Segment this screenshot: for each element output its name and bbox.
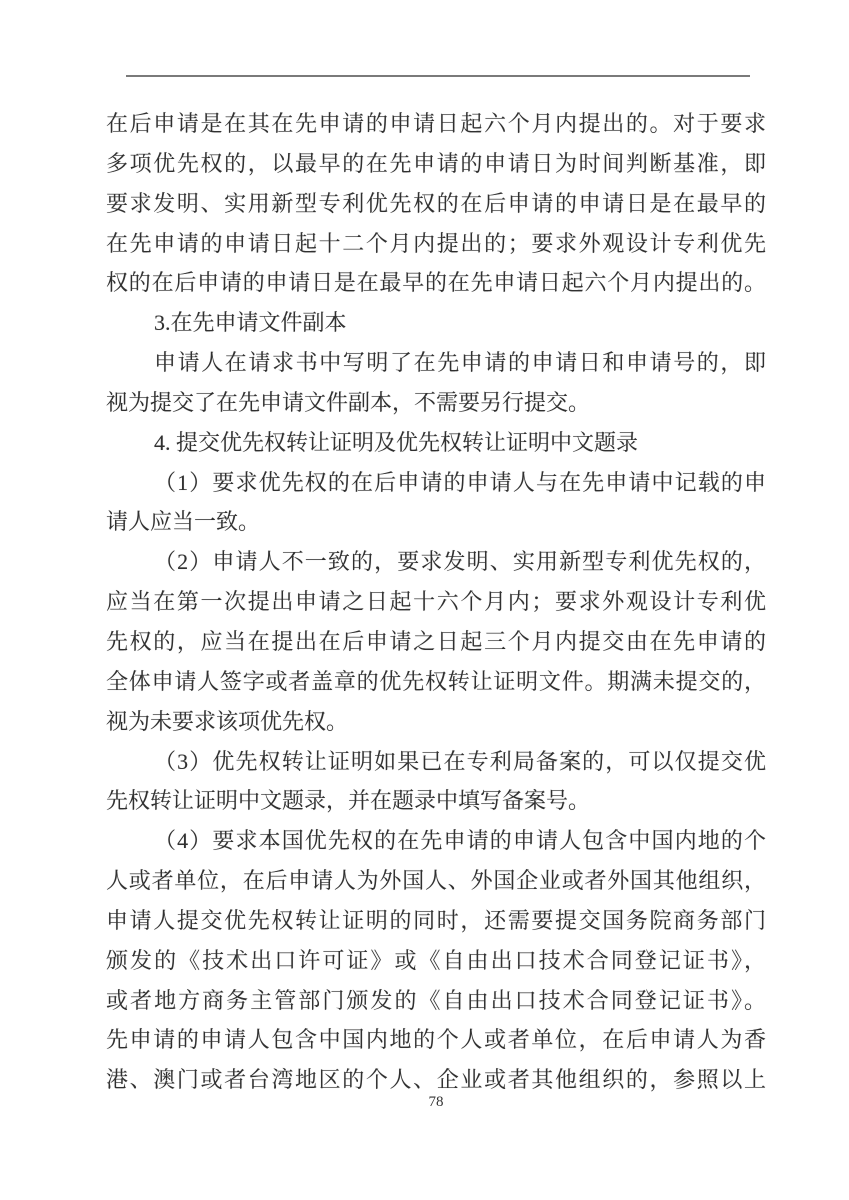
- page-number: 78: [106, 1092, 766, 1112]
- section-heading-line: 4. 提交优先权转让证明及优先权转让证明中文题录: [106, 423, 766, 463]
- section-heading-line: 3.在先申请文件副本: [106, 303, 766, 343]
- text-line: 应当在第一次提出申请之日起十六个月内；要求外观设计专利优: [106, 582, 766, 622]
- text-line: 全体申请人签字或者盖章的优先权转让证明文件。期满未提交的，: [106, 662, 766, 702]
- document-page: 在后申请是在其在先申请的申请日起六个月内提出的。对于要求 多项优先权的，以最早的…: [0, 0, 849, 1200]
- text-line: （3）优先权转让证明如果已在专利局备案的，可以仅提交优: [106, 742, 766, 782]
- text-line: 视为提交了在先申请文件副本，不需要另行提交。: [106, 383, 766, 423]
- text-line: 在先申请的申请日起十二个月内提出的；要求外观设计专利优先: [106, 224, 766, 264]
- text-line: 或者地方商务主管部门颁发的《自由出口技术合同登记证书》。: [106, 981, 766, 1021]
- text-line: 多项优先权的，以最早的在先申请的申请日为时间判断基准，即: [106, 144, 766, 184]
- text-line: 先权转让证明中文题录，并在题录中填写备案号。: [106, 781, 766, 821]
- text-line: 人或者单位，在后申请人为外国人、外国企业或者外国其他组织，: [106, 861, 766, 901]
- text-line: 请人应当一致。: [106, 502, 766, 542]
- text-line: 申请人提交优先权转让证明的同时，还需要提交国务院商务部门: [106, 901, 766, 941]
- text-line: （1）要求优先权的在后申请的申请人与在先申请中记载的申: [106, 463, 766, 503]
- text-line: （2）申请人不一致的，要求发明、实用新型专利优先权的，: [106, 542, 766, 582]
- text-line: 先权的，应当在提出在后申请之日起三个月内提交由在先申请的: [106, 622, 766, 662]
- text-line: （4）要求本国优先权的在先申请的申请人包含中国内地的个: [106, 821, 766, 861]
- header-divider-line: [126, 75, 750, 77]
- text-line: 颁发的《技术出口许可证》或《自由出口技术合同登记证书》，: [106, 941, 766, 981]
- text-line: 视为未要求该项优先权。: [106, 702, 766, 742]
- text-line: 先申请的申请人包含中国内地的个人或者单位，在后申请人为香: [106, 1020, 766, 1060]
- text-line: 在后申请是在其在先申请的申请日起六个月内提出的。对于要求: [106, 104, 766, 144]
- text-line: 申请人在请求书中写明了在先申请的申请日和申请号的，即: [106, 343, 766, 383]
- document-body: 在后申请是在其在先申请的申请日起六个月内提出的。对于要求 多项优先权的，以最早的…: [106, 104, 766, 1100]
- text-line: 权的在后申请的申请日是在最早的在先申请日起六个月内提出的。: [106, 263, 766, 303]
- text-line: 要求发明、实用新型专利优先权的在后申请的申请日是在最早的: [106, 184, 766, 224]
